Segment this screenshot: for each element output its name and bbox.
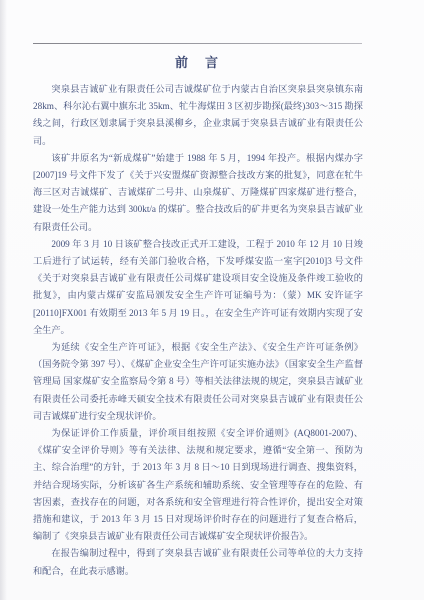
paragraph: 2009 年 3 月 10 日该矿整合技改正式开工建设，工程于 2010 年 1… xyxy=(33,236,363,339)
paragraph: 为保证评价工作质量，评价项目组按照《安全评价通则》(AQ8001-2007)、《… xyxy=(33,425,363,545)
paragraph: 在报告编制过程中，得到了突泉县吉诚矿业有限责任公司等单位的大力支持和配合，在此表… xyxy=(33,545,363,579)
page-title: 前 言 xyxy=(33,52,362,71)
preface-body: 突泉县吉诚矿业有限责任公司吉诚煤矿位于内蒙古自治区突泉县突泉镇东南 28km、科… xyxy=(33,81,363,580)
paragraph: 突泉县吉诚矿业有限责任公司吉诚煤矿位于内蒙古自治区突泉县突泉镇东南 28km、科… xyxy=(33,81,363,150)
paragraph: 为延续《安全生产许可证》，根据《安全生产法》、《安全生产许可证条例》（国务院令第… xyxy=(33,339,363,425)
paragraph: 该矿井原名为“新成煤矿”始建于 1988 年 5 月，1994 年投产。根据内煤… xyxy=(33,150,363,236)
header-rule xyxy=(33,43,362,44)
document-page: 前 言 突泉县吉诚矿业有限责任公司吉诚煤矿位于内蒙古自治区突泉县突泉镇东南 28… xyxy=(0,0,424,600)
